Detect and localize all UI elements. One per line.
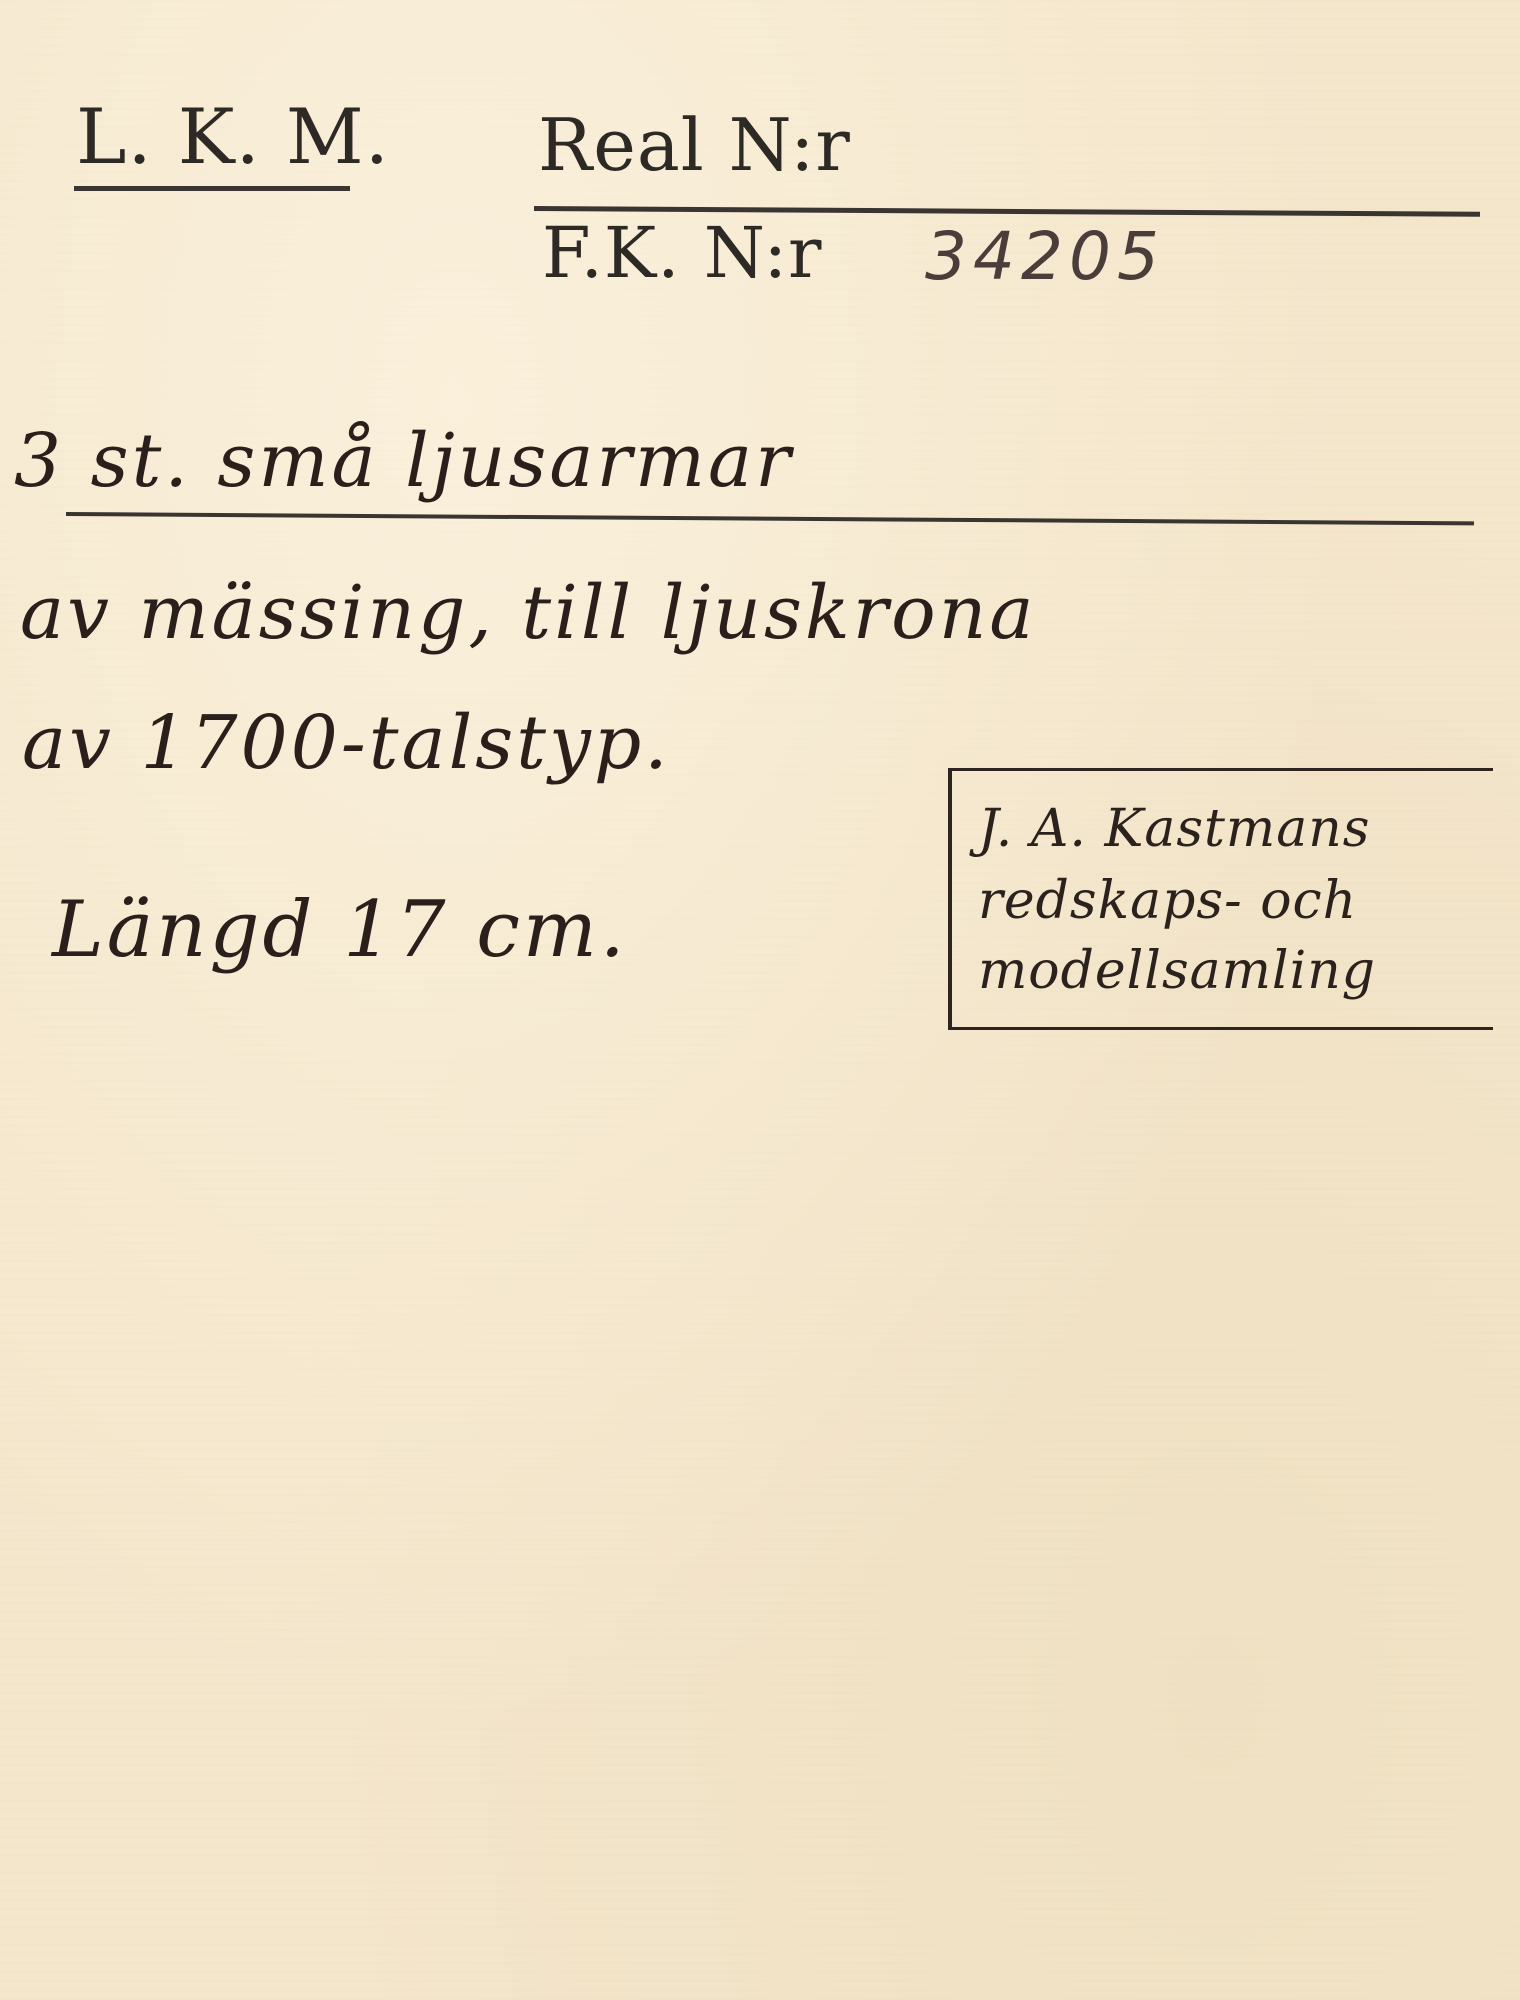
stamp-line-2: redskaps- och (978, 871, 1357, 931)
measurement-text: Längd 17 cm. (52, 885, 628, 975)
description-underline (66, 512, 1474, 525)
institution-underline (74, 186, 350, 191)
institution-label: L. K. M. (76, 92, 390, 181)
real-number-label: Real N:r (538, 103, 851, 187)
description-line-1: 3 st. små ljusarmar (14, 418, 794, 504)
description-line-2: av mässing, till ljuskrona (20, 570, 1036, 656)
catalog-card: L. K. M. Real N:r F.K. N:r 34205 3 st. s… (0, 0, 1520, 2000)
stamp-line-1: J. A. Kastmans (978, 799, 1370, 859)
description-line-3: av 1700-talstyp. (22, 700, 671, 786)
fk-number-value: 34205 (925, 218, 1165, 295)
stamp-line-3: modellsamling (978, 941, 1376, 1001)
fk-number-label: F.K. N:r (542, 212, 823, 294)
collection-stamp: J. A. Kastmans redskaps- och modellsamli… (948, 768, 1493, 1030)
